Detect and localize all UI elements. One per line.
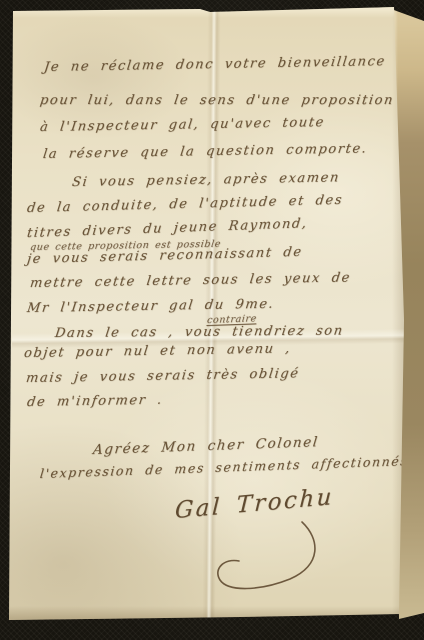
handwriting-line: Si vous pensiez, après examen (71, 170, 341, 190)
handwriting-line: à l'Inspecteur gal, qu'avec toute (39, 115, 326, 135)
handwriting-line: Je ne réclame donc votre bienveillance (43, 54, 387, 75)
handwriting-line: titres divers du jeune Raymond, (26, 216, 308, 241)
handwriting-line: de la conduite, de l'aptitude et des (26, 193, 344, 216)
letter-paper: Je ne réclame donc votre bienveillance p… (0, 0, 424, 640)
handwriting-line: Dans le cas , vous tiendriez son (54, 323, 345, 341)
handwriting-line: mais je vous serais très obligé (25, 366, 300, 386)
signature: Gal Trochu (174, 484, 334, 524)
letter-photograph: Je ne réclame donc votre bienveillance p… (0, 0, 424, 640)
handwriting-line: mettre cette lettre sous les yeux de (29, 270, 352, 291)
handwriting-line: de m'informer . (26, 393, 164, 410)
handwriting-line: la réserve que la question comporte. (42, 141, 368, 162)
handwriting-line: pour lui, dans le sens d'une proposition (39, 93, 395, 108)
